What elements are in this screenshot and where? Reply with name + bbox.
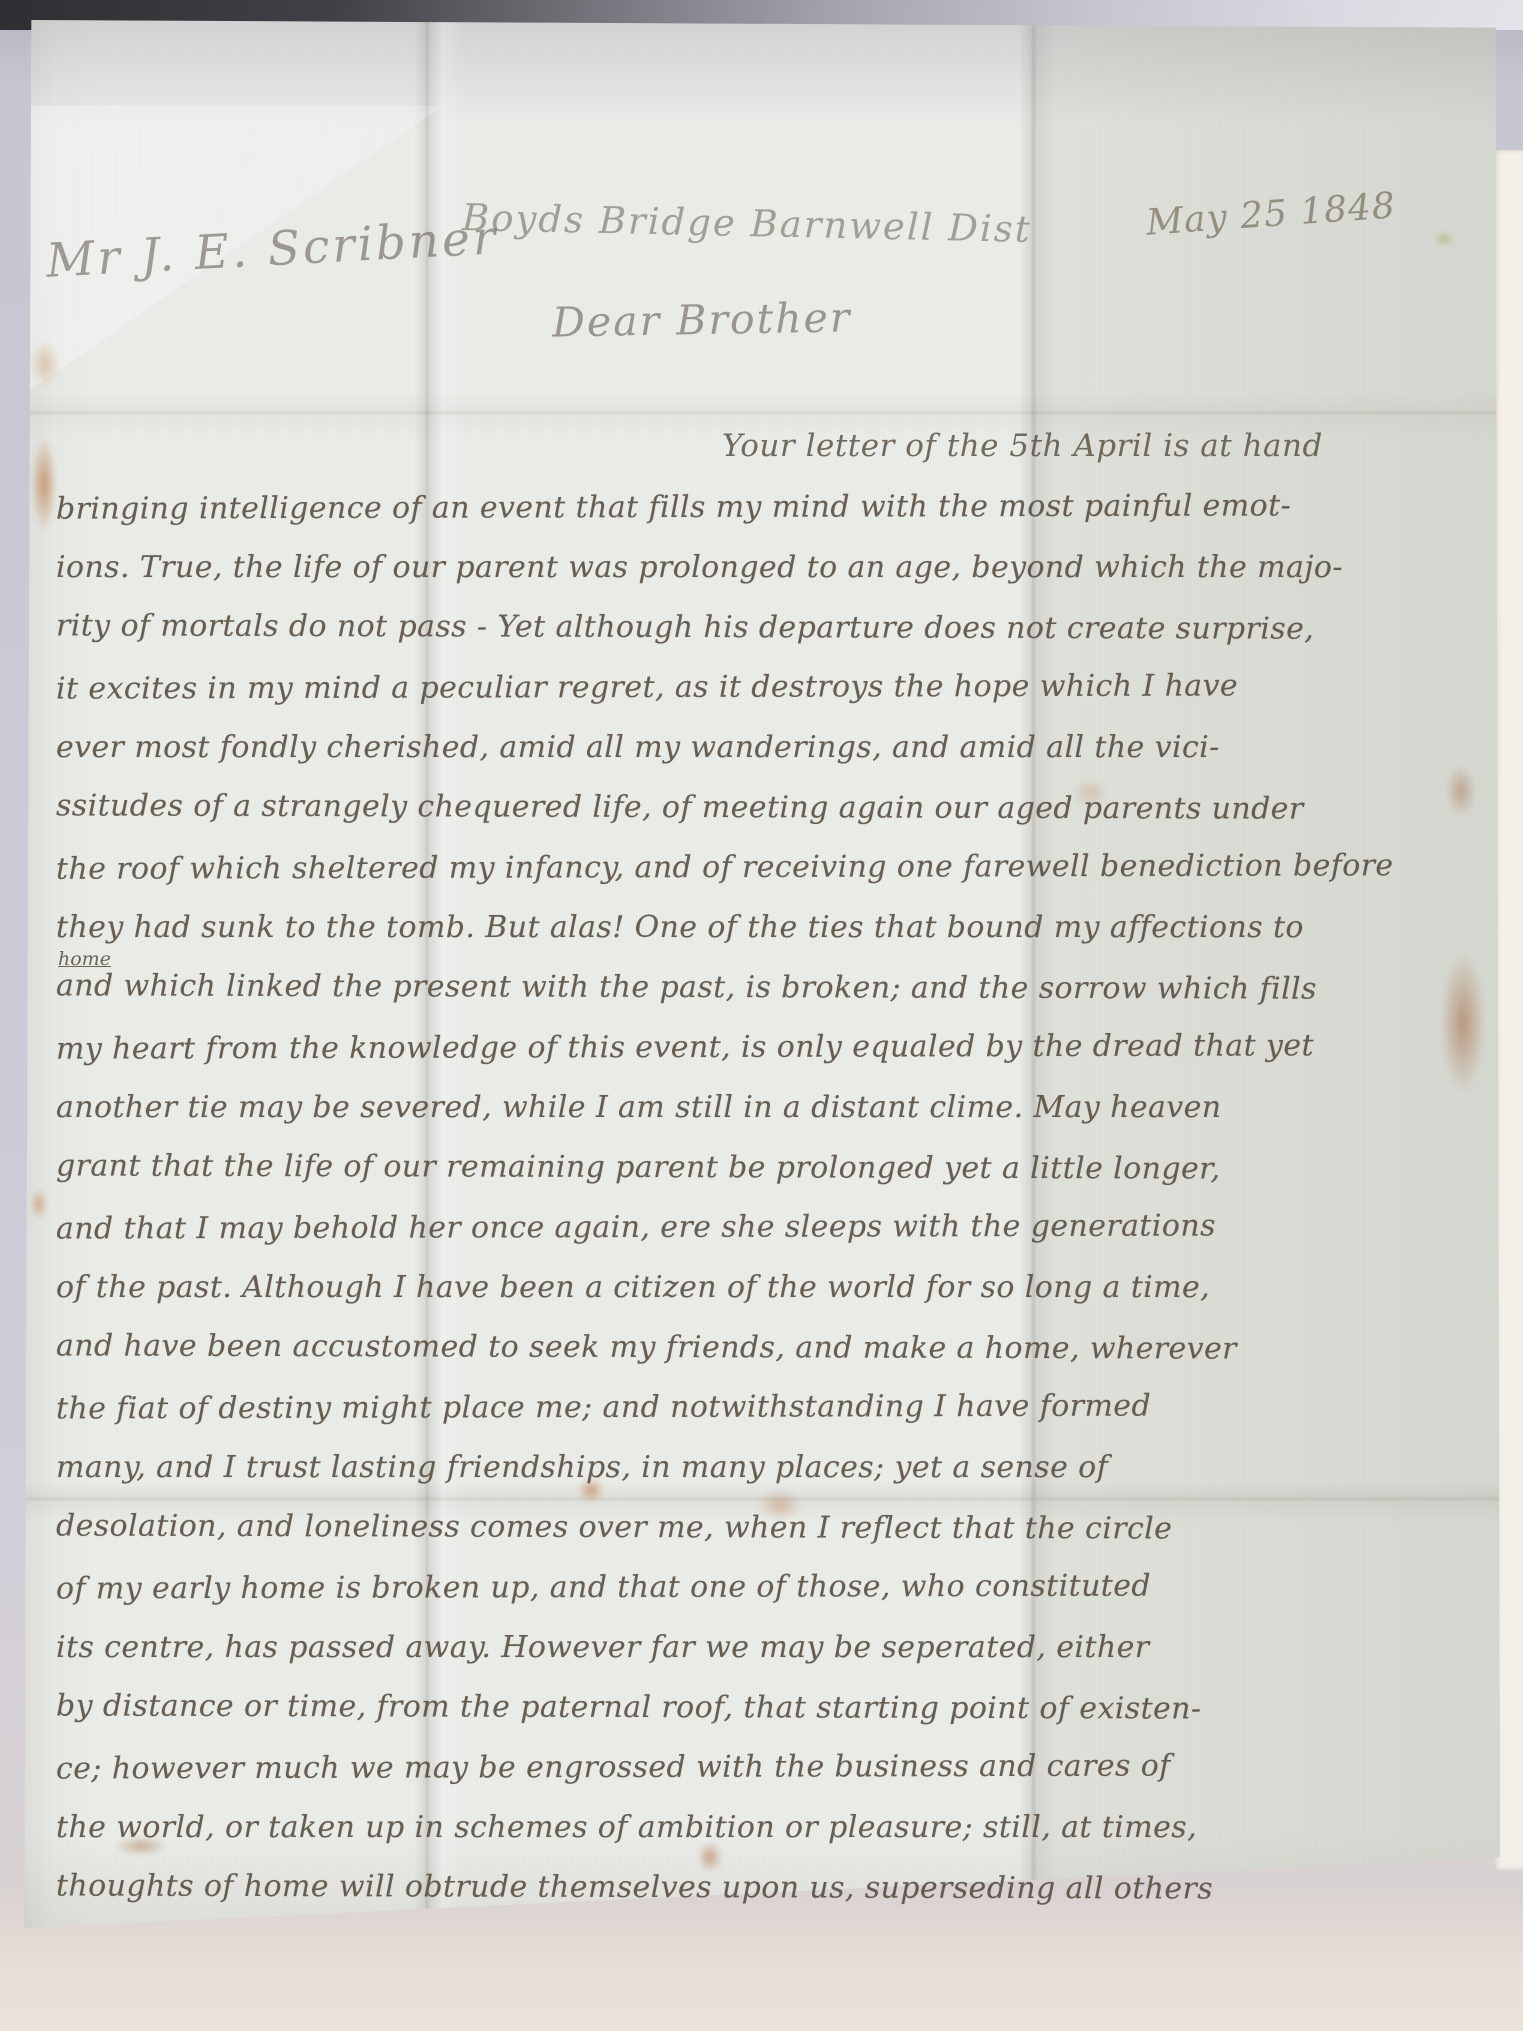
stain bbox=[572, 1472, 610, 1508]
folded-corner bbox=[24, 20, 1500, 1928]
stain bbox=[24, 332, 66, 396]
stain bbox=[26, 418, 62, 550]
stain bbox=[26, 1182, 52, 1226]
stain bbox=[1430, 230, 1458, 248]
stain bbox=[104, 1832, 178, 1860]
stain bbox=[1432, 925, 1494, 1120]
stain bbox=[1064, 772, 1116, 814]
vertical-fold-crease bbox=[1032, 20, 1035, 1928]
stain bbox=[692, 1835, 728, 1879]
horizontal-fold-crease bbox=[24, 412, 1500, 414]
stain bbox=[748, 1482, 812, 1528]
vertical-fold-crease bbox=[426, 20, 428, 1928]
horizontal-fold-crease bbox=[24, 1498, 1500, 1500]
stain bbox=[1440, 755, 1482, 827]
letter-paper bbox=[24, 20, 1500, 1928]
photo-background: Mr J. E. Scribner Boyds Bridge Barnwell … bbox=[0, 0, 1523, 2031]
